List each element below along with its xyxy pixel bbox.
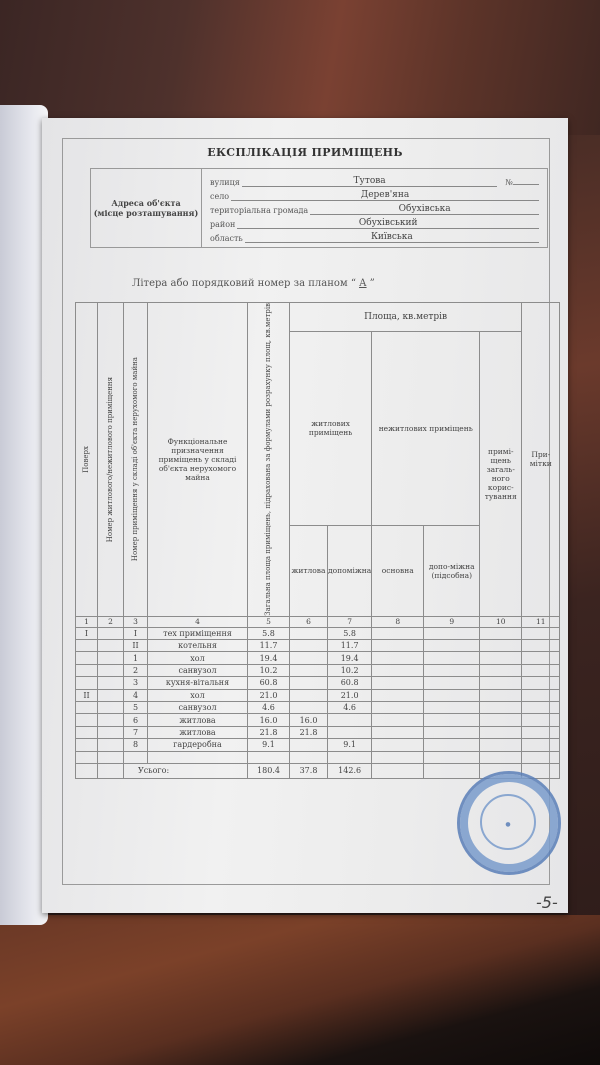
- address-label-line1: Адреса об'єкта: [111, 198, 180, 208]
- cell-room: 4: [124, 689, 148, 701]
- district-label: район: [210, 220, 235, 229]
- region-label: область: [210, 234, 243, 243]
- cell-apt: [98, 664, 124, 676]
- region-value: Київська: [245, 232, 539, 243]
- total-auxiliary-value: 142.6: [328, 763, 372, 778]
- cell-living: [290, 677, 328, 689]
- cell-floor: [76, 640, 98, 652]
- cell-total: 4.6: [248, 702, 290, 714]
- cell-purpose: житлова: [148, 714, 248, 726]
- cell-apt: [98, 702, 124, 714]
- street-value: Тутова: [242, 176, 498, 187]
- col-num: 11: [522, 616, 560, 627]
- cell-total: 60.8: [248, 677, 290, 689]
- col-num: 10: [480, 616, 522, 627]
- district-value: Обухівський: [237, 218, 539, 229]
- address-label: Адреса об'єкта (місце розташування): [91, 169, 202, 247]
- cell-purpose: хол: [148, 689, 248, 701]
- cell-total: 10.2: [248, 664, 290, 676]
- cell-room: II: [124, 640, 148, 652]
- header-living-group: житлових приміщень: [290, 332, 372, 526]
- plan-letter-label: Літера або порядковий номер за планом: [132, 278, 348, 289]
- official-stamp: ●: [457, 771, 561, 875]
- cell-living: [290, 702, 328, 714]
- cell-floor: [76, 714, 98, 726]
- address-label-line2: (місце розташування): [94, 208, 198, 218]
- cell-total: 21.8: [248, 726, 290, 738]
- stamp-mark: ●: [505, 821, 510, 828]
- cell-living: [290, 664, 328, 676]
- cell-auxiliary: 9.1: [328, 739, 372, 751]
- col-num: 6: [290, 616, 328, 627]
- cell-total: 19.4: [248, 652, 290, 664]
- cell-floor: [76, 677, 98, 689]
- cell-apt: [98, 677, 124, 689]
- cell-purpose: гардеробна: [148, 739, 248, 751]
- cell-room: I: [124, 627, 148, 639]
- table-row: IIкотельня 11.7 11.7: [76, 640, 560, 652]
- cell-apt: [98, 627, 124, 639]
- header-floor: Поверх: [76, 303, 98, 617]
- document-page: ЕКСПЛІКАЦІЯ ПРИМІЩЕНЬ Адреса об'єкта (мі…: [42, 118, 568, 913]
- col-num: 7: [328, 616, 372, 627]
- page-number: -5-: [536, 893, 558, 912]
- header-room-no: Номер приміщення у складі об'єкта нерухо…: [124, 303, 148, 617]
- cell-apt: [98, 689, 124, 701]
- cell-purpose: санвузол: [148, 664, 248, 676]
- header-living: житлова: [290, 525, 328, 616]
- address-block: Адреса об'єкта (місце розташування) вули…: [90, 168, 548, 248]
- address-region: область Київська: [210, 229, 539, 243]
- col-num: 4: [148, 616, 248, 627]
- column-number-row: 1 2 3 4 5 6 7 8 9 10 11: [76, 616, 560, 627]
- total-area-value: 180.4: [248, 763, 290, 778]
- cell-room: 8: [124, 739, 148, 751]
- table-row: 2санвузол 10.2 10.2: [76, 664, 560, 676]
- village-label: село: [210, 192, 229, 201]
- address-street: вулиця Тутова №: [210, 173, 539, 187]
- total-label: Усього:: [124, 763, 248, 778]
- cell-room: 5: [124, 702, 148, 714]
- cell-living: [290, 652, 328, 664]
- cell-floor: II: [76, 689, 98, 701]
- table-row-empty: [76, 751, 560, 763]
- table-row: 1хол 19.4 19.4: [76, 652, 560, 664]
- cell-living: [290, 627, 328, 639]
- cell-auxiliary: [328, 714, 372, 726]
- cell-living: [290, 689, 328, 701]
- cell-living: 21.8: [290, 726, 328, 738]
- header-main: основна: [372, 525, 424, 616]
- cell-room: 6: [124, 714, 148, 726]
- table-row: I Iтех приміщення 5.8 5.8: [76, 627, 560, 639]
- cell-total: 5.8: [248, 627, 290, 639]
- cell-floor: [76, 664, 98, 676]
- cell-purpose: тех приміщення: [148, 627, 248, 639]
- cell-room: 3: [124, 677, 148, 689]
- community-label: територіальна громада: [210, 206, 308, 215]
- village-value: Дерев'яна: [231, 190, 539, 201]
- number-value-blank: [513, 184, 539, 185]
- rooms-table: Поверх Номер житлового/нежитлового примі…: [75, 302, 560, 779]
- col-num: 3: [124, 616, 148, 627]
- header-common-use: примі-щень загаль-ного корис-тування: [480, 332, 522, 617]
- cell-living: [290, 739, 328, 751]
- cell-auxiliary: 60.8: [328, 677, 372, 689]
- cell-room: 7: [124, 726, 148, 738]
- cell-purpose: котельня: [148, 640, 248, 652]
- table-row: 3кухня-вітальня 60.8 60.8: [76, 677, 560, 689]
- cell-floor: [76, 739, 98, 751]
- col-num: 9: [424, 616, 480, 627]
- header-area-group: Площа, кв.метрів: [290, 303, 522, 332]
- address-district: район Обухівський: [210, 215, 539, 229]
- left-page-edge: [0, 105, 48, 925]
- col-num: 2: [98, 616, 124, 627]
- header-apartment-no: Номер житлового/нежитлового приміщення: [98, 303, 124, 617]
- table-row: 6житлова 16.016.0: [76, 714, 560, 726]
- wooden-table-background-bottom: [0, 915, 600, 1065]
- col-num: 1: [76, 616, 98, 627]
- house-number: №: [505, 178, 539, 187]
- cell-living: 16.0: [290, 714, 328, 726]
- address-fields: вулиця Тутова № село Дерев'яна територіа…: [202, 169, 547, 247]
- cell-total: 16.0: [248, 714, 290, 726]
- header-nonliving-group: нежитлових приміщень: [372, 332, 480, 526]
- cell-floor: [76, 652, 98, 664]
- table-row: 8гардеробна 9.1 9.1: [76, 739, 560, 751]
- cell-floor: I: [76, 627, 98, 639]
- number-label: №: [505, 178, 513, 187]
- address-community: територіальна громада Обухівська: [210, 201, 539, 215]
- cell-floor: [76, 702, 98, 714]
- cell-auxiliary: 19.4: [328, 652, 372, 664]
- cell-auxiliary: 10.2: [328, 664, 372, 676]
- header-notes: При-мітки: [522, 303, 560, 617]
- wooden-table-background: [0, 0, 600, 135]
- col-num: 5: [248, 616, 290, 627]
- cell-living: [290, 640, 328, 652]
- table-row: II 4хол 21.0 21.0: [76, 689, 560, 701]
- cell-floor: [76, 726, 98, 738]
- cell-room: 1: [124, 652, 148, 664]
- stamp-inner-ring: ●: [480, 794, 536, 850]
- header-aux-nonliving: допо-міжна (підсобна): [424, 525, 480, 616]
- cell-purpose: санвузол: [148, 702, 248, 714]
- plan-letter: Літера або порядковий номер за планом “А…: [132, 278, 375, 289]
- table-row: 7житлова 21.821.8: [76, 726, 560, 738]
- cell-purpose: хол: [148, 652, 248, 664]
- street-label: вулиця: [210, 178, 240, 187]
- cell-auxiliary: 21.0: [328, 689, 372, 701]
- cell-apt: [98, 714, 124, 726]
- cell-apt: [98, 726, 124, 738]
- cell-purpose: житлова: [148, 726, 248, 738]
- cell-purpose: кухня-вітальня: [148, 677, 248, 689]
- header-total-area: Загальна площа приміщень, підрахована за…: [248, 303, 290, 617]
- header-auxiliary: допоміжна: [328, 525, 372, 616]
- cell-auxiliary: [328, 726, 372, 738]
- cell-apt: [98, 652, 124, 664]
- document-title: ЕКСПЛІКАЦІЯ ПРИМІЩЕНЬ: [42, 146, 568, 159]
- header-purpose: Функціональне призначення приміщень у ск…: [148, 303, 248, 617]
- cell-apt: [98, 640, 124, 652]
- table-row: 5санвузол 4.6 4.6: [76, 702, 560, 714]
- address-village: село Дерев'яна: [210, 187, 539, 201]
- cell-total: 21.0: [248, 689, 290, 701]
- total-living-value: 37.8: [290, 763, 328, 778]
- plan-letter-value: А: [356, 278, 370, 289]
- col-num: 8: [372, 616, 424, 627]
- cell-total: 11.7: [248, 640, 290, 652]
- cell-apt: [98, 739, 124, 751]
- cell-room: 2: [124, 664, 148, 676]
- cell-auxiliary: 4.6: [328, 702, 372, 714]
- cell-total: 9.1: [248, 739, 290, 751]
- cell-auxiliary: 5.8: [328, 627, 372, 639]
- community-value: Обухівська: [310, 204, 539, 215]
- table-header-row-1: Поверх Номер житлового/нежитлового примі…: [76, 303, 560, 332]
- cell-auxiliary: 11.7: [328, 640, 372, 652]
